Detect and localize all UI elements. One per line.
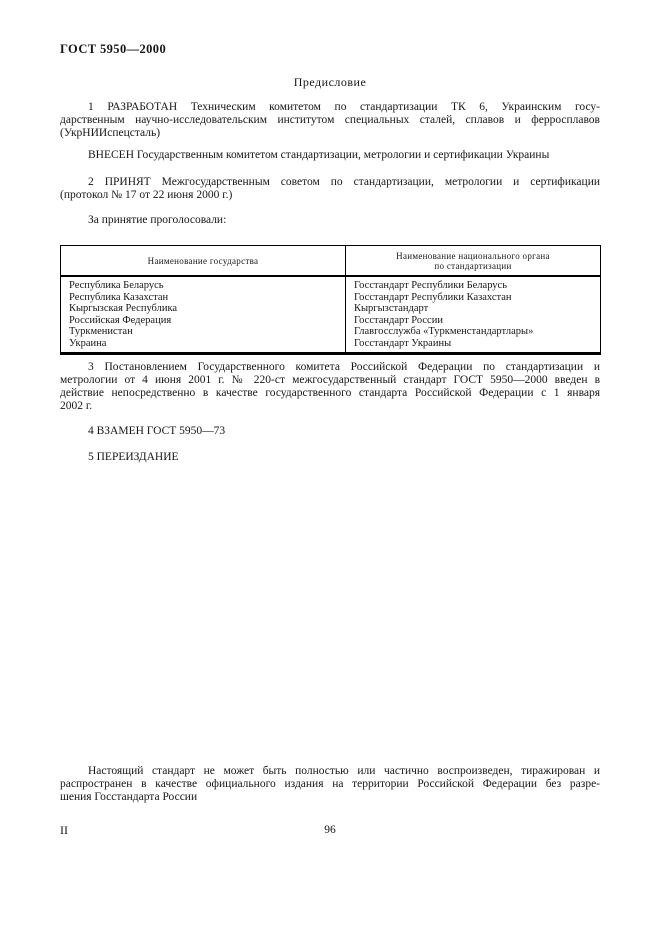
- table-cell: Госстандарт России: [346, 315, 601, 327]
- table-row: ТуркменистанГлавгосслужба «Туркменстанда…: [61, 326, 601, 338]
- text-line: За принятие проголосовали:: [60, 214, 600, 227]
- table-cell: Украина: [61, 338, 346, 353]
- table-header-standards-body: Наименование национального органа по ста…: [346, 246, 601, 277]
- page-title: Предисловие: [60, 75, 600, 90]
- clause-accepted: 2 ПРИНЯТ Межгосударственным советом по с…: [60, 176, 600, 202]
- table-row: УкраинаГосстандарт Украины: [61, 338, 601, 353]
- table-cell: Госстандарт Республики Беларусь: [346, 276, 601, 292]
- table-cell: Туркменистан: [61, 326, 346, 338]
- table-row: Республика БеларусьГосстандарт Республик…: [61, 276, 601, 292]
- text-line: (УкрНИИспецсталь): [60, 127, 600, 140]
- vote-intro: За принятие проголосовали:: [60, 214, 600, 227]
- text-line: метрологии от 4 июня 2001 г. № 220-ст ме…: [60, 374, 600, 387]
- document-page: ГОСТ 5950—2000 Предисловие 1 РАЗРАБОТАН …: [0, 0, 661, 936]
- text-line: 4 ВЗАМЕН ГОСТ 5950—73: [60, 425, 600, 438]
- table-cell: Республика Казахстан: [61, 292, 346, 304]
- table-cell: Госстандарт Украины: [346, 338, 601, 353]
- table-header-country: Наименование государства: [61, 246, 346, 277]
- copyright-note: Настоящий стандарт не может быть полност…: [60, 765, 600, 804]
- table-row: Кыргызская РеспубликаКыргызстандарт: [61, 303, 601, 315]
- text-line: дарственным научно-исследовательским инс…: [60, 114, 600, 127]
- table-cell: Госстандарт Республики Казахстан: [346, 292, 601, 304]
- clause-submitted: ВНЕСЕН Государственным комитетом стандар…: [60, 149, 600, 162]
- text-line: действие непосредственно в качестве госу…: [60, 387, 600, 400]
- text-line: 3 Постановлением Государственного комите…: [60, 361, 600, 374]
- voting-table-body: Республика БеларусьГосстандарт Республик…: [61, 276, 601, 353]
- table-cell: Главгосслужба «Туркменстандартлары»: [346, 326, 601, 338]
- table-cell: Республика Беларусь: [61, 276, 346, 292]
- clause-developed: 1 РАЗРАБОТАН Техническим комитетом по ст…: [60, 101, 600, 140]
- text-line: (протокол № 17 от 22 июня 2000 г.): [60, 189, 600, 202]
- voting-table: Наименование государства Наименование на…: [60, 245, 601, 355]
- text-line: Настоящий стандарт не может быть полност…: [60, 765, 600, 778]
- clause-replaces: 4 ВЗАМЕН ГОСТ 5950—73: [60, 425, 600, 438]
- table-row: Республика КазахстанГосстандарт Республи…: [61, 292, 601, 304]
- clause-reissue: 5 ПЕРЕИЗДАНИЕ: [60, 451, 600, 464]
- text-line: ВНЕСЕН Государственным комитетом стандар…: [60, 149, 600, 162]
- table-cell: Кыргызская Республика: [61, 303, 346, 315]
- table-header-row: Наименование государства Наименование на…: [61, 246, 601, 277]
- text-line: 2002 г.: [60, 400, 600, 413]
- text-line: 5 ПЕРЕИЗДАНИЕ: [60, 451, 600, 464]
- text-line: распространен в качестве официального из…: [60, 778, 600, 791]
- table-cell: Российская Федерация: [61, 315, 346, 327]
- clause-decree: 3 Постановлением Государственного комите…: [60, 361, 600, 413]
- text-line: шения Госстандарта России: [60, 791, 600, 804]
- table-row: Российская ФедерацияГосстандарт России: [61, 315, 601, 327]
- voting-table-head: Наименование государства Наименование на…: [61, 246, 601, 277]
- text-line: 2 ПРИНЯТ Межгосударственным советом по с…: [60, 176, 600, 189]
- text-line: 1 РАЗРАБОТАН Техническим комитетом по ст…: [60, 101, 600, 114]
- footer-page-number: 96: [60, 824, 600, 836]
- table-cell: Кыргызстандарт: [346, 303, 601, 315]
- doc-number: ГОСТ 5950—2000: [60, 42, 166, 57]
